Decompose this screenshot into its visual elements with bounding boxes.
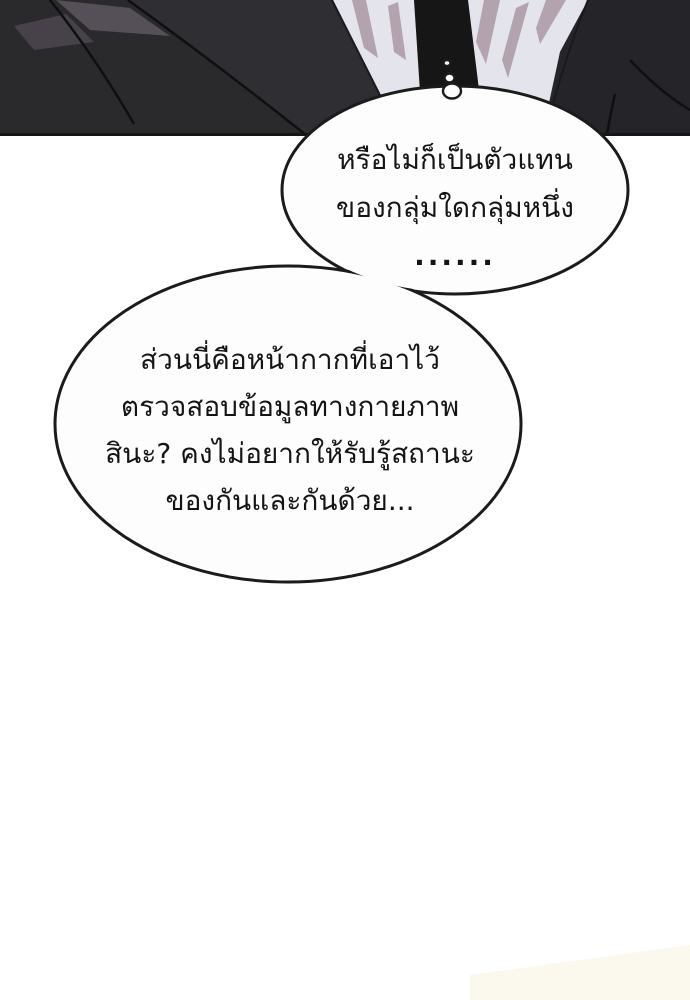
thought-text-line: ส่วนนี่คือหน้ากากที่เอาไว้	[90, 336, 490, 383]
thought-trail-circle-large	[443, 84, 461, 99]
thought-text-ellipsis: ......	[255, 232, 655, 280]
corner-tint	[470, 945, 690, 1000]
thought-bubble-1-text: หรือไม่ก็เป็นตัวแทน ของกลุ่มใดกลุ่มหนึ่ง…	[255, 136, 655, 280]
webtoon-page: หรือไม่ก็เป็นตัวแทน ของกลุ่มใดกลุ่มหนึ่ง…	[0, 0, 690, 1000]
thought-text-line: ของกันและกันด้วย...	[90, 477, 490, 524]
thought-trail-circle-small	[444, 60, 451, 66]
thought-trail-circle-medium	[445, 74, 455, 83]
thought-bubble-2-text: ส่วนนี่คือหน้ากากที่เอาไว้ ตรวจสอบข้อมูล…	[90, 336, 490, 524]
thought-text-line: หรือไม่ก็เป็นตัวแทน	[255, 136, 655, 184]
thought-text-line: สินะ? คงไม่อยากให้รับรู้สถานะ	[90, 430, 490, 477]
thought-text-line: ตรวจสอบข้อมูลทางกายภาพ	[90, 383, 490, 430]
thought-text-line: ของกลุ่มใดกลุ่มหนึ่ง	[255, 184, 655, 232]
